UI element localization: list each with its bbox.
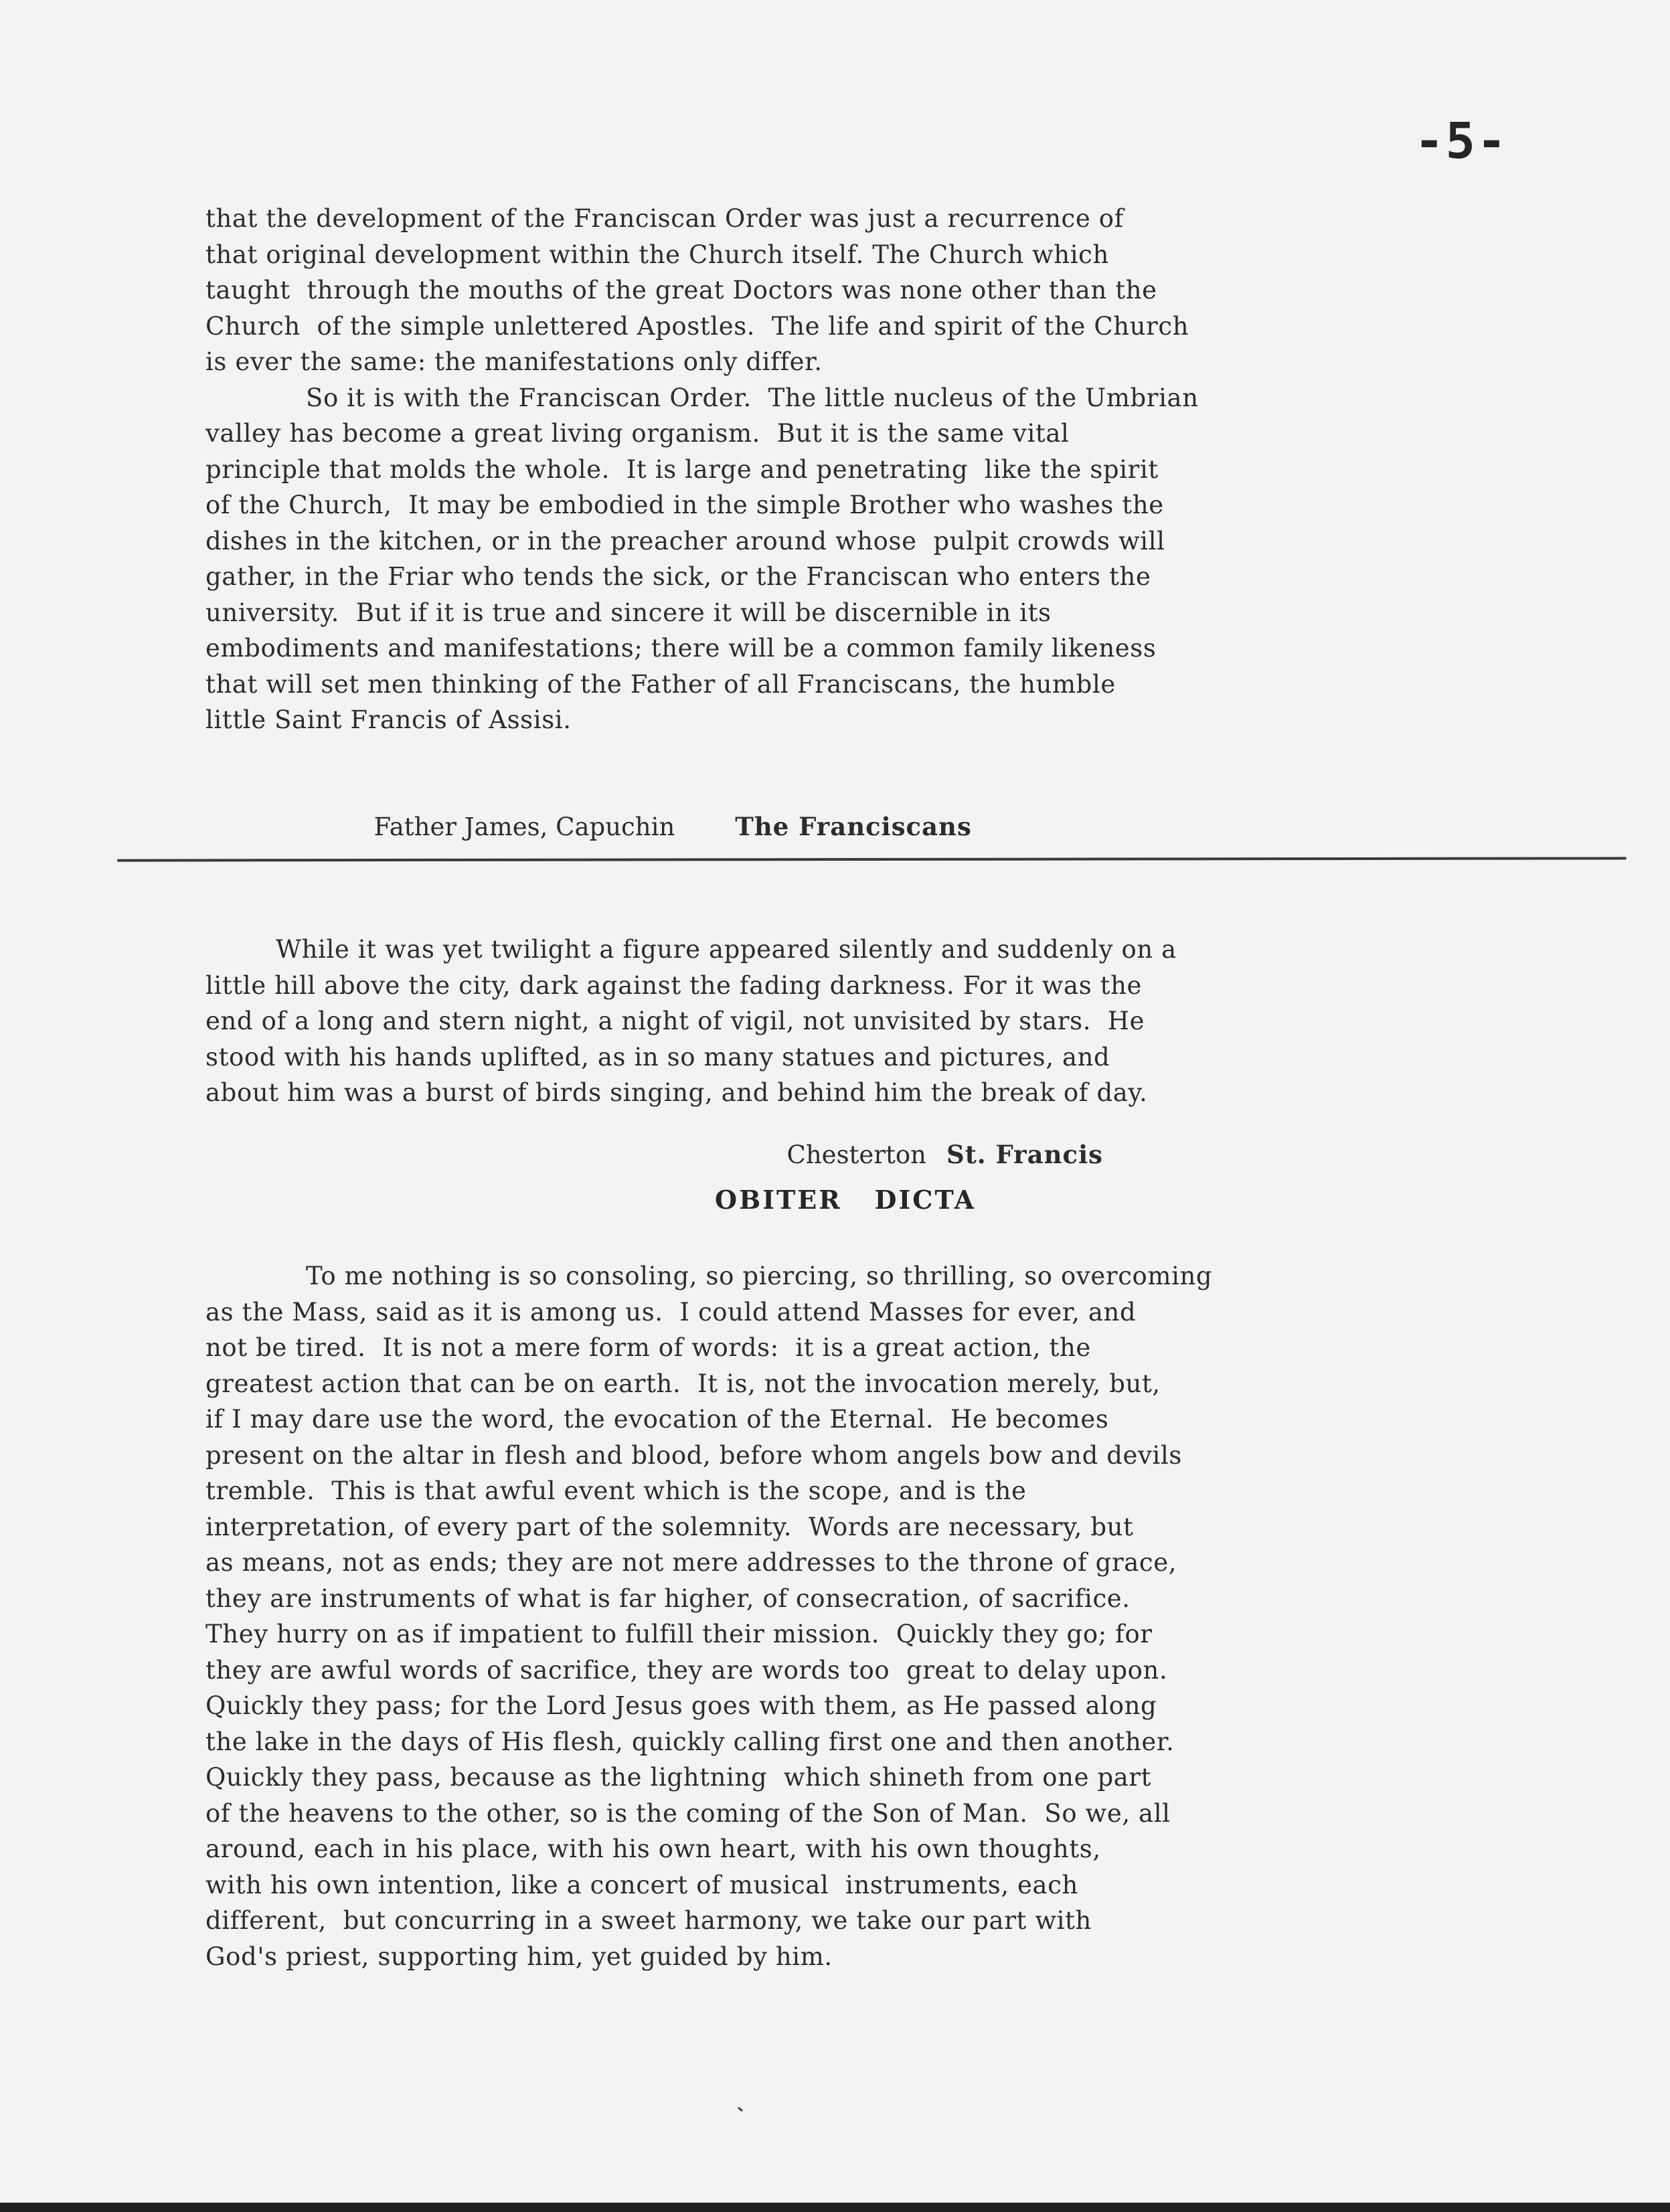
text-line: different, but concurring in a sweet har… — [205, 1903, 1212, 1939]
text-line: taught through the mouths of the great D… — [205, 272, 1199, 309]
ink-speck — [738, 2107, 743, 2112]
text-line: if I may dare use the word, the evocatio… — [205, 1401, 1212, 1438]
text-line: they are instruments of what is far high… — [205, 1581, 1212, 1617]
text-line: greatest action that can be on earth. It… — [205, 1366, 1212, 1402]
text-line: dishes in the kitchen, or in the preache… — [205, 523, 1199, 560]
text-line: present on the altar in flesh and blood,… — [205, 1438, 1212, 1474]
text-line: about him was a burst of birds singing, … — [205, 1075, 1177, 1111]
text-line: tremble. This is that awful event which … — [205, 1473, 1212, 1509]
text-line: little hill above the city, dark against… — [205, 968, 1177, 1004]
text-line: Church of the simple unlettered Apostles… — [205, 309, 1199, 345]
text-line: God's priest, supporting him, yet guided… — [205, 1939, 1212, 1975]
text-line: as means, not as ends; they are not mere… — [205, 1545, 1212, 1581]
chesterton-passage: While it was yet twilight a figure appea… — [205, 932, 1177, 1111]
text-line: the lake in the days of His flesh, quick… — [205, 1724, 1212, 1760]
section-divider — [117, 857, 1626, 861]
scan-bottom-edge — [0, 2203, 1670, 2212]
text-line: around, each in his place, with his own … — [205, 1831, 1212, 1867]
text-line: To me nothing is so consoling, so pierci… — [205, 1258, 1212, 1294]
text-line: valley has become a great living organis… — [205, 416, 1199, 452]
page-number: -5- — [1414, 112, 1508, 170]
text-line: that original development within the Chu… — [205, 237, 1199, 273]
text-line: little Saint Francis of Assisi. — [205, 702, 1199, 738]
text-line: as the Mass, said as it is among us. I c… — [205, 1294, 1212, 1331]
attribution-author: Chesterton — [787, 1140, 926, 1169]
chesterton-attribution: ChestertonSt. Francis — [771, 1111, 1103, 1169]
text-line: gather, in the Friar who tends the sick,… — [205, 559, 1199, 595]
text-line: So it is with the Franciscan Order. The … — [205, 380, 1199, 416]
text-line: university. But if it is true and sincer… — [205, 595, 1199, 631]
text-line: stood with his hands uplifted, as in so … — [205, 1039, 1177, 1076]
attribution-work-title: St. Francis — [946, 1140, 1103, 1169]
text-line: that will set men thinking of the Father… — [205, 667, 1199, 703]
text-line: with his own intention, like a concert o… — [205, 1867, 1212, 1903]
text-line: that the development of the Franciscan O… — [205, 201, 1199, 237]
text-line: embodiments and manifestations; there wi… — [205, 630, 1199, 667]
franciscans-attribution: Father James, CapuchinThe Franciscans — [358, 783, 972, 841]
text-line: of the heavens to the other, so is the c… — [205, 1796, 1212, 1832]
obiter-dicta-passage: To me nothing is so consoling, so pierci… — [205, 1258, 1212, 1974]
text-line: Quickly they pass; for the Lord Jesus go… — [205, 1688, 1212, 1724]
franciscans-passage: that the development of the Franciscan O… — [205, 201, 1199, 738]
attribution-work-title: The Franciscans — [735, 812, 972, 841]
text-line: While it was yet twilight a figure appea… — [205, 932, 1177, 968]
section-heading-obiter-dicta: OBITER DICTA — [715, 1185, 976, 1215]
text-line: of the Church, It may be embodied in the… — [205, 487, 1199, 523]
text-line: Quickly they pass, because as the lightn… — [205, 1760, 1212, 1796]
attribution-author: Father James, Capuchin — [374, 813, 675, 841]
text-line: not be tired. It is not a mere form of w… — [205, 1330, 1212, 1366]
text-line: They hurry on as if impatient to fulfill… — [205, 1616, 1212, 1652]
text-line: is ever the same: the manifestations onl… — [205, 344, 1199, 380]
text-line: they are awful words of sacrifice, they … — [205, 1652, 1212, 1689]
text-line: end of a long and stern night, a night o… — [205, 1003, 1177, 1039]
text-line: principle that molds the whole. It is la… — [205, 452, 1199, 488]
text-line: interpretation, of every part of the sol… — [205, 1509, 1212, 1545]
